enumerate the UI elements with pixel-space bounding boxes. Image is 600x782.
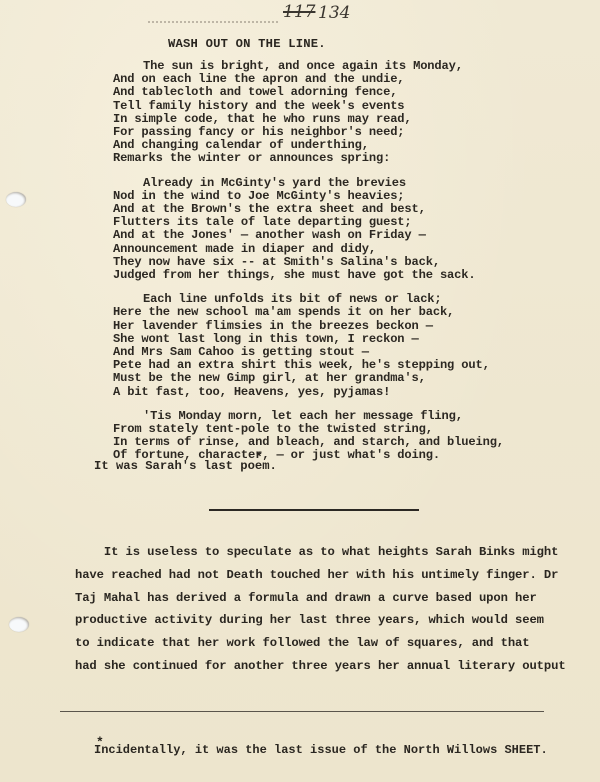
poem-line: Remarks the winter or announces spring: [113,152,553,165]
closing-line: It was Sarah's last poem. [94,459,277,473]
prose-line: productive activity during her last thre… [75,609,555,632]
poem-title: WASH OUT ON THE LINE. [168,37,326,51]
page-number: 134 [318,3,350,23]
footnote-asterisk: * [255,450,263,465]
poem-body: The sun is bright, and once again its Mo… [113,60,553,474]
poem-stanza: Already in McGinty's yard the breviesNod… [113,177,553,283]
faint-header-marks [148,19,278,23]
page-number-area: 117 134 [148,2,388,26]
poem-line: Judged from her things, she must have go… [113,269,553,282]
footnote-rule [60,711,544,712]
prose-line: to indicate that her work followed the l… [75,632,555,655]
poem-line: Must be the new Gimp girl, at her grandm… [113,372,553,385]
poem-line: And at the Jones' — another wash on Frid… [113,229,553,242]
typescript-page: 117 134 WASH OUT ON THE LINE. The sun is… [0,0,600,782]
poem-stanza: 'Tis Monday morn, let each her message f… [113,410,553,463]
prose-line: had she continued for another three year… [75,655,555,678]
prose-line: It is useless to speculate as to what he… [75,541,555,564]
section-divider [209,509,419,511]
prose-line: Taj Mahal has derived a formula and draw… [75,587,555,610]
struck-page-number: 117 [283,2,315,22]
footnote-text: Incidentally, it was the last issue of t… [94,743,548,757]
punch-hole [9,617,29,632]
poem-line: Tell family history and the week's event… [113,100,553,113]
poem-stanza: Each line unfolds its bit of news or lac… [113,293,553,399]
poem-line: Here the new school ma'am spends it on h… [113,306,553,319]
poem-stanza: The sun is bright, and once again its Mo… [113,60,553,166]
poem-line: Her lavender flimsies in the breezes bec… [113,320,553,333]
poem-line: A bit fast, too, Heavens, yes, pyjamas! [113,386,553,399]
prose-paragraph: It is useless to speculate as to what he… [75,541,555,678]
poem-line: Announcement made in diaper and didy, [113,243,553,256]
punch-hole [6,192,26,207]
poem-line: And tablecloth and towel adorning fence, [113,86,553,99]
poem-line: Already in McGinty's yard the brevies [113,177,553,190]
prose-line: have reached had not Death touched her w… [75,564,555,587]
